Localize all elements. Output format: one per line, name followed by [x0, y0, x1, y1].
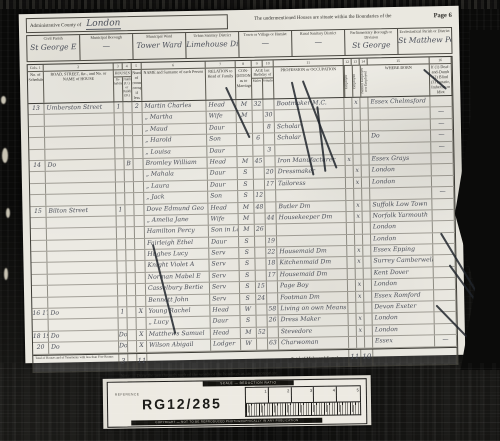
cell-where-born: Essex Epping — [371, 244, 433, 256]
cell-inhabited — [116, 182, 125, 193]
district-box-1: Civil ParishSt George E — [27, 35, 80, 61]
column-number: 12 — [344, 59, 352, 65]
column-header-uninhabited: Uninhabited (U.) or Building (B.) — [122, 77, 131, 101]
cell-condition: S — [239, 248, 255, 259]
cell-infirmity: — — [431, 119, 453, 130]
page-number: Page 6 — [418, 10, 452, 20]
reference-caption: REFERENCE — [115, 392, 140, 396]
cell-road: Do — [46, 159, 116, 171]
cell-inhabited: 1 — [114, 102, 123, 113]
cell-occupation: Kitchenmaid Dm — [277, 257, 347, 269]
cell-employed: x — [355, 212, 363, 223]
cell-age-males — [255, 248, 266, 259]
cell-age-females: 63 — [268, 339, 279, 350]
cell-age-females — [264, 156, 275, 167]
cell-road — [47, 250, 117, 262]
cell-relation: Daur — [207, 123, 237, 134]
cell-where-born: Do — [369, 131, 431, 143]
cell-occupation: Housemaid Dm — [277, 246, 347, 258]
district-label: Parliamentary Borough or Division — [345, 30, 397, 40]
column-header-neither: Neither Employer nor Employed — [360, 66, 369, 97]
district-value: St George E — [27, 42, 79, 52]
cell-employed: x — [356, 280, 364, 291]
cell-relation: Head — [210, 305, 240, 316]
cell-condition — [237, 134, 253, 145]
cell-name: Knight Violet A — [145, 260, 209, 272]
cell-neither — [361, 143, 369, 154]
cell-where-born: Surrey Camberwell — [371, 256, 433, 268]
cell-employed — [353, 132, 361, 143]
cell-neither — [363, 223, 371, 234]
cell-road — [49, 319, 119, 331]
district-box-4: Urban Sanitary DistrictLimehouse Distric… — [186, 32, 239, 58]
cell-employed — [354, 189, 362, 200]
cell-infirmity: — — [431, 141, 453, 152]
cell-name: Norman Mabel E — [146, 271, 210, 283]
cell-occupation: Dress Maker — [279, 314, 349, 326]
cell-employer — [348, 269, 356, 280]
cell-occupation — [275, 109, 345, 121]
cell-age-females: 3 — [264, 145, 275, 156]
cell-schedule: 18 19 — [33, 332, 49, 343]
cell-schedule — [29, 149, 45, 160]
cell-where-born: Kent Dover — [372, 267, 434, 279]
district-box-6: Rural Sanitary District— — [292, 30, 345, 56]
cell-neither — [362, 177, 370, 188]
cell-employer — [347, 246, 355, 257]
cell-infirmity: — — [431, 107, 453, 118]
cell-inhabited — [117, 216, 126, 227]
cell-employed — [356, 303, 364, 314]
cell-relation: Son in Law — [209, 225, 239, 236]
cell-rooms: X — [137, 330, 147, 341]
cell-employed — [353, 143, 361, 154]
cell-name: „ Laura — [144, 180, 208, 192]
cell-neither — [363, 234, 371, 245]
film-scratch — [6, 208, 10, 218]
cell-infirmity — [432, 176, 454, 187]
totals-persons-label: Total of Males and Females .. — [147, 350, 349, 370]
cell-relation: Serv — [210, 294, 240, 305]
cell-employer — [345, 109, 353, 120]
column-header-road: ROAD, STREET, &c., and No. or NAME of HO… — [44, 70, 115, 102]
cell-road: Do — [49, 330, 119, 342]
cell-schedule — [30, 195, 46, 206]
cell-where-born: London — [370, 176, 432, 188]
cell-where-born: London — [373, 324, 435, 336]
cell-neither — [363, 257, 371, 268]
cell-uninhabited — [126, 262, 135, 273]
cell-employed: x — [357, 314, 365, 325]
cell-age-females: 26 — [268, 316, 279, 327]
boundary-statement: The undermentioned Houses are situate wi… — [228, 11, 418, 23]
reference-number: RG12/285 — [142, 395, 222, 412]
cell-age-males — [257, 316, 268, 327]
cell-employer — [347, 235, 355, 246]
cell-age-females — [268, 327, 279, 338]
column-header-condition: CON-DITION as to Marriage — [236, 68, 253, 99]
cell-schedule — [29, 127, 45, 138]
cell-age-males: 24 — [256, 293, 267, 304]
cell-inhabited — [115, 125, 124, 136]
cell-uninhabited — [126, 250, 135, 261]
cell-condition: S — [239, 236, 255, 247]
cell-name: Young Rachel — [146, 306, 210, 318]
cell-inhabited: Do — [119, 341, 128, 352]
cell-uninhabited — [126, 227, 135, 238]
cell-age-males — [253, 145, 264, 156]
cell-uninhabited — [124, 113, 133, 124]
column-number: 6 — [142, 62, 206, 69]
cell-employer — [348, 280, 356, 291]
district-value: St Matthew Pell Street — [398, 35, 451, 45]
cell-road: Do — [48, 307, 118, 319]
cell-infirmity — [435, 324, 457, 335]
cell-uninhabited — [125, 205, 134, 216]
age-group-label: AGE last Birthday of — [252, 67, 273, 78]
cell-rooms — [136, 296, 146, 307]
cell-schedule — [31, 252, 47, 263]
district-box-3: Municipal WardTower Ward — [133, 33, 186, 59]
cell-neither — [361, 109, 369, 120]
column-number: 16 — [430, 57, 452, 63]
cell-where-born: London — [371, 222, 433, 234]
cell-rooms — [133, 125, 143, 136]
cell-employed — [353, 109, 361, 120]
cell-road — [45, 137, 115, 149]
column-header-where-born: WHERE BORN — [368, 64, 431, 96]
cell-occupation: Scholar — [275, 121, 345, 133]
cell-inhabited — [118, 284, 127, 295]
cell-condition: S — [238, 180, 254, 191]
cell-where-born: Essex Chelmsford — [368, 96, 430, 108]
cell-employer: x — [345, 155, 353, 166]
film-reference-label: SCALE — REDUCTION RATIO REFERENCE RG12/2… — [103, 375, 372, 429]
cell-employer — [345, 132, 353, 143]
cell-road — [48, 273, 118, 285]
cell-neither — [363, 211, 371, 222]
district-value: — — [80, 41, 132, 51]
cell-inhabited — [117, 228, 126, 239]
cell-relation: Daur — [208, 168, 238, 179]
cell-employed — [353, 155, 361, 166]
cell-rooms — [135, 250, 145, 261]
cell-occupation: Footman Dm — [278, 292, 348, 304]
cell-neither — [364, 291, 372, 302]
cell-condition: S — [239, 259, 255, 270]
cell-infirmity: — — [431, 130, 453, 141]
cell-rooms — [133, 147, 143, 158]
cell-age-females — [265, 202, 276, 213]
cell-employed — [355, 234, 363, 245]
cell-age-males — [254, 179, 265, 190]
cell-age-males: 32 — [252, 100, 263, 111]
cell-employed: x — [354, 166, 362, 177]
cell-infirmity: — — [435, 335, 457, 346]
cell-rooms: X — [137, 341, 147, 352]
district-value: — — [292, 37, 344, 47]
cell-employed — [357, 337, 365, 348]
cell-schedule — [31, 218, 47, 229]
cell-age-males: 6 — [253, 134, 264, 145]
cell-age-males — [256, 305, 267, 316]
cell-condition: S — [240, 282, 256, 293]
cell-infirmity — [431, 153, 453, 164]
cell-age-males — [256, 270, 267, 281]
cell-uninhabited — [123, 102, 132, 113]
film-scratch — [2, 148, 8, 163]
cell-rooms: X — [136, 307, 146, 318]
cell-condition: S — [241, 316, 257, 327]
cell-employer — [346, 178, 354, 189]
cell-condition: M — [239, 214, 255, 225]
cell-uninhabited — [128, 330, 137, 341]
cell-where-born: London — [370, 165, 432, 177]
cell-schedule — [32, 275, 48, 286]
cell-rooms — [135, 227, 145, 238]
column-number: 14 — [360, 59, 368, 65]
column-number: 9 — [252, 61, 263, 67]
label-top-bar: SCALE — REDUCTION RATIO — [203, 380, 293, 386]
cell-age-males: 12 — [254, 191, 265, 202]
film-scratch — [4, 268, 8, 280]
cell-occupation: Charwoman — [279, 337, 349, 349]
cell-relation: Daur — [209, 237, 239, 248]
district-value: Limehouse District — [186, 39, 238, 49]
cell-uninhabited — [127, 284, 136, 295]
column-number: 3 — [114, 63, 123, 69]
cell-road — [46, 194, 116, 206]
cell-age-females — [265, 190, 276, 201]
cell-where-born: Essex Grays — [369, 153, 431, 165]
cell-rooms: 2 — [132, 102, 142, 113]
cell-rooms — [134, 170, 144, 181]
cell-relation: Serv — [209, 260, 239, 271]
cell-schedule — [31, 229, 47, 240]
column-number: 7 — [206, 61, 236, 68]
cell-schedule — [29, 138, 45, 149]
cell-schedule: 14 — [30, 161, 46, 172]
cell-uninhabited — [128, 318, 137, 329]
cell-age-females — [263, 99, 274, 110]
cell-neither — [365, 337, 373, 348]
cell-infirmity — [432, 164, 454, 175]
cell-relation: Serv — [210, 282, 240, 293]
admin-county-label: Administrative County of — [30, 23, 81, 29]
cell-infirmity — [430, 96, 452, 107]
scale-number: 1 — [246, 388, 269, 403]
cell-occupation — [276, 189, 346, 201]
cell-name: Hamilton Percy — [145, 226, 209, 238]
cell-employer — [349, 337, 357, 348]
column-header-rooms: Number of rooms occupied if less than fi… — [132, 70, 143, 101]
cell-condition: M — [239, 225, 255, 236]
cell-occupation — [277, 235, 347, 247]
cell-where-born: Devon Exeter — [372, 301, 434, 313]
cell-occupation: Stevedore — [279, 326, 349, 338]
scale-number: 2 — [269, 387, 292, 402]
cell-rooms — [135, 216, 145, 227]
district-box-2: Municipal Borough— — [80, 34, 133, 60]
cell-age-females: 17 — [267, 270, 278, 281]
cell-uninhabited: B — [124, 159, 133, 170]
scale-number: 5 — [337, 386, 360, 401]
cell-name: „ Louisa — [143, 146, 207, 158]
cell-road — [46, 171, 116, 183]
cell-inhabited — [117, 250, 126, 261]
film-scratch — [1, 96, 6, 104]
totals-males: 11 — [349, 349, 361, 365]
cell-relation: Serv — [210, 271, 240, 282]
cell-where-born — [370, 187, 432, 199]
cell-rooms — [135, 239, 145, 250]
scale-tick-ruler — [245, 402, 361, 417]
cell-schedule — [30, 183, 46, 194]
cell-employed: x — [354, 200, 362, 211]
column-header-age-females: Females — [262, 78, 273, 98]
cell-where-born: London — [373, 313, 435, 325]
cell-road: Bilton Street — [46, 205, 116, 217]
cell-employer — [346, 166, 354, 177]
cell-employed: x — [357, 325, 365, 336]
cell-employed — [356, 269, 364, 280]
column-number: 8 — [236, 61, 252, 67]
column-number: 15 — [368, 57, 430, 64]
cell-infirmity — [434, 290, 456, 301]
cell-employer — [345, 121, 353, 132]
scale-number-cells: 12345 — [245, 385, 361, 404]
cell-uninhabited — [127, 296, 136, 307]
cell-relation: Head — [211, 328, 241, 339]
cell-infirmity — [433, 255, 455, 266]
column-number: 4 — [123, 63, 132, 69]
cell-rooms — [134, 193, 144, 204]
cell-condition: W — [240, 305, 256, 316]
administrative-county-box: Administrative County of London — [26, 14, 228, 33]
cell-employer — [346, 200, 354, 211]
cell-condition: M — [237, 157, 253, 168]
district-value: Tower Ward — [133, 40, 185, 50]
cell-uninhabited — [127, 307, 136, 318]
cell-schedule — [31, 263, 47, 274]
cell-age-females: 19 — [266, 236, 277, 247]
reference-label-frame: SCALE — REDUCTION RATIO REFERENCE RG12/2… — [107, 378, 368, 428]
cell-rooms — [137, 318, 147, 329]
cell-relation: Daur — [207, 146, 237, 157]
cell-occupation: Scholar — [275, 132, 345, 144]
column-number: Cols. 1 — [28, 65, 44, 71]
cell-age-females: 30 — [264, 111, 275, 122]
scale-number: 4 — [314, 387, 337, 402]
cell-age-males: 52 — [257, 327, 268, 338]
cell-age-females — [267, 293, 278, 304]
cell-neither — [361, 155, 369, 166]
totals-houses-label: Total of Houses and of Tenements with le… — [33, 354, 119, 372]
cell-road — [46, 182, 116, 194]
cell-occupation: Tailoress — [276, 178, 346, 190]
cell-name: „ Lucy — [147, 317, 211, 329]
cell-age-males — [254, 168, 265, 179]
cell-relation: Lodger — [211, 339, 241, 350]
cell-schedule: 16 17 — [32, 309, 48, 320]
cell-name: Martin Charles — [142, 101, 206, 113]
totals-spacer — [373, 347, 457, 365]
cell-employed: x — [355, 246, 363, 257]
cell-road — [47, 239, 117, 251]
district-box-8: Ecclesiastical Parish or DistrictSt Matt… — [398, 28, 451, 54]
cell-infirmity — [432, 198, 454, 209]
cell-road: Do — [49, 342, 119, 354]
cell-inhabited: 1 — [116, 205, 125, 216]
column-header-age-males: Males — [252, 79, 263, 99]
cell-name: „ Jack — [144, 192, 208, 204]
cell-rooms — [133, 113, 143, 124]
cell-age-females — [266, 225, 277, 236]
cell-employed — [355, 223, 363, 234]
cell-age-females — [267, 282, 278, 293]
cell-employer — [347, 223, 355, 234]
cell-road — [48, 285, 118, 297]
cell-where-born: London — [371, 233, 433, 245]
cell-neither — [363, 246, 371, 257]
district-box-7: Parliamentary Borough or DivisionSt Geor… — [345, 29, 398, 55]
cell-name: Casselbury Bertie — [146, 283, 210, 295]
cell-neither — [364, 268, 372, 279]
census-sheet: Administrative County of London The unde… — [19, 6, 466, 363]
cell-neither — [362, 189, 370, 200]
cell-schedule: 13 — [28, 104, 44, 115]
cell-age-males — [253, 122, 264, 133]
cell-age-males: 45 — [253, 157, 264, 168]
cell-condition — [237, 145, 253, 156]
cell-age-females: 17 — [265, 179, 276, 190]
cell-relation: Daur — [211, 316, 241, 327]
cell-employer — [348, 291, 356, 302]
microfilm-background: Administrative County of London The unde… — [0, 0, 500, 441]
cell-age-males — [257, 339, 268, 350]
cell-employer — [349, 326, 357, 337]
cell-relation: Son — [207, 134, 237, 145]
label-copyright-bar: COPYRIGHT — NOT TO BE REPRODUCED PHOTOGR… — [131, 418, 322, 425]
cell-neither — [360, 98, 368, 109]
footnote: Note.— Draw the pen through such of the … — [121, 366, 459, 377]
cell-relation: Head — [208, 203, 238, 214]
cell-name: Matthews Samuel — [147, 328, 211, 340]
cell-employed: x — [352, 98, 360, 109]
column-number: 13 — [352, 59, 360, 65]
column-header-relation: RELATION to Head of Family — [206, 68, 237, 100]
cell-uninhabited — [125, 170, 134, 181]
cell-schedule — [31, 240, 47, 251]
cell-age-males — [255, 236, 266, 247]
totals-blank — [128, 354, 137, 370]
cell-inhabited — [118, 296, 127, 307]
cell-where-born — [369, 108, 431, 120]
column-number: 5 — [132, 63, 142, 69]
houses-subheaders: In-habited Uninhabited (U.) or Building … — [114, 77, 131, 101]
cell-inhabited: Do — [119, 330, 128, 341]
cell-road — [45, 148, 115, 160]
cell-name: Bennett John — [146, 294, 210, 306]
cell-where-born: Essex — [373, 336, 435, 348]
cell-inhabited: 1 — [118, 307, 127, 318]
cell-inhabited — [117, 239, 126, 250]
cell-road — [47, 216, 117, 228]
cell-uninhabited — [125, 193, 134, 204]
cell-rooms — [133, 136, 143, 147]
cell-neither — [364, 303, 372, 314]
cell-age-females — [264, 134, 275, 145]
